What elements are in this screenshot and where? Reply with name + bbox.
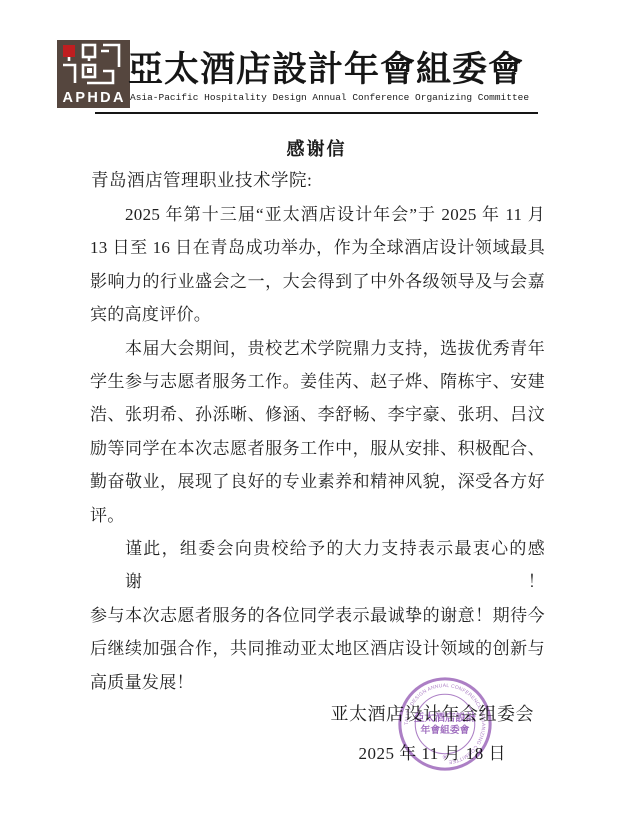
letter-salutation: 青岛酒店管理职业技术学院: [91, 167, 312, 192]
logo-center-dot [87, 68, 92, 73]
logo-acronym: APHDA [63, 90, 125, 106]
org-name-chinese: 亞太酒店設計年會組委會 [128, 42, 548, 92]
letter-title: 感谢信 [0, 135, 633, 161]
letter-line: 参与本次志愿者服务的各位同学表示最诚挚的谢意！期待今 [90, 599, 545, 632]
letter-line: 学生参与志愿者服务工作。姜佳芮、赵子烨、隋栋宇、安建 [90, 365, 545, 398]
seal-star-symbol: ✳ [442, 754, 448, 762]
org-name-english: Asia-Pacific Hospitality Design Annual C… [130, 92, 560, 103]
letter-line: 评。 [90, 499, 545, 532]
official-seal: ASIA-PACIFIC HOSPITALITY DESIGN ANNUAL C… [397, 676, 493, 772]
letter-line: 勤奋敬业，展现了良好的专业素养和精神风貌，深受各方好 [90, 465, 545, 498]
letter-line: 后继续加强合作，共同推动亚太地区酒店设计领域的创新与 [90, 632, 545, 665]
letter-body: 2025 年第十三届“亚太酒店设计年会”于 2025 年 11 月13 日至 1… [90, 198, 545, 699]
letter-line: 浩、张玥希、孙泺晰、修涵、李舒畅、李宇豪、张玥、吕汶 [90, 398, 545, 431]
letter-line: 励等同学在本次志愿者服务工作中，服从安排、积极配合、 [90, 432, 545, 465]
letter-line: 宾的高度评价。 [90, 298, 545, 331]
letter-page: APHDA 亞太酒店設計年會組委會 Asia-Pacific Hospitali… [0, 0, 633, 831]
logo-red-square [63, 45, 75, 57]
letter-line: 13 日至 16 日在青岛成功举办，作为全球酒店设计领域最具 [90, 231, 545, 264]
seal-center-line1: 亞太酒店設計 [414, 711, 477, 724]
letter-line: 2025 年第十三届“亚太酒店设计年会”于 2025 年 11 月 [90, 198, 545, 231]
seal-center-line2: 年會組委會 [421, 723, 470, 736]
letter-line: 本届大会期间，贵校艺术学院鼎力支持，选拔优秀青年 [90, 332, 545, 365]
header-divider [95, 112, 538, 114]
aphda-logo: APHDA [57, 40, 130, 108]
letter-line: 影响力的行业盛会之一，大会得到了中外各级领导及与会嘉 [90, 265, 545, 298]
letter-line: 谨此，组委会向贵校给予的大力支持表示最衷心的感谢！ [90, 532, 545, 599]
